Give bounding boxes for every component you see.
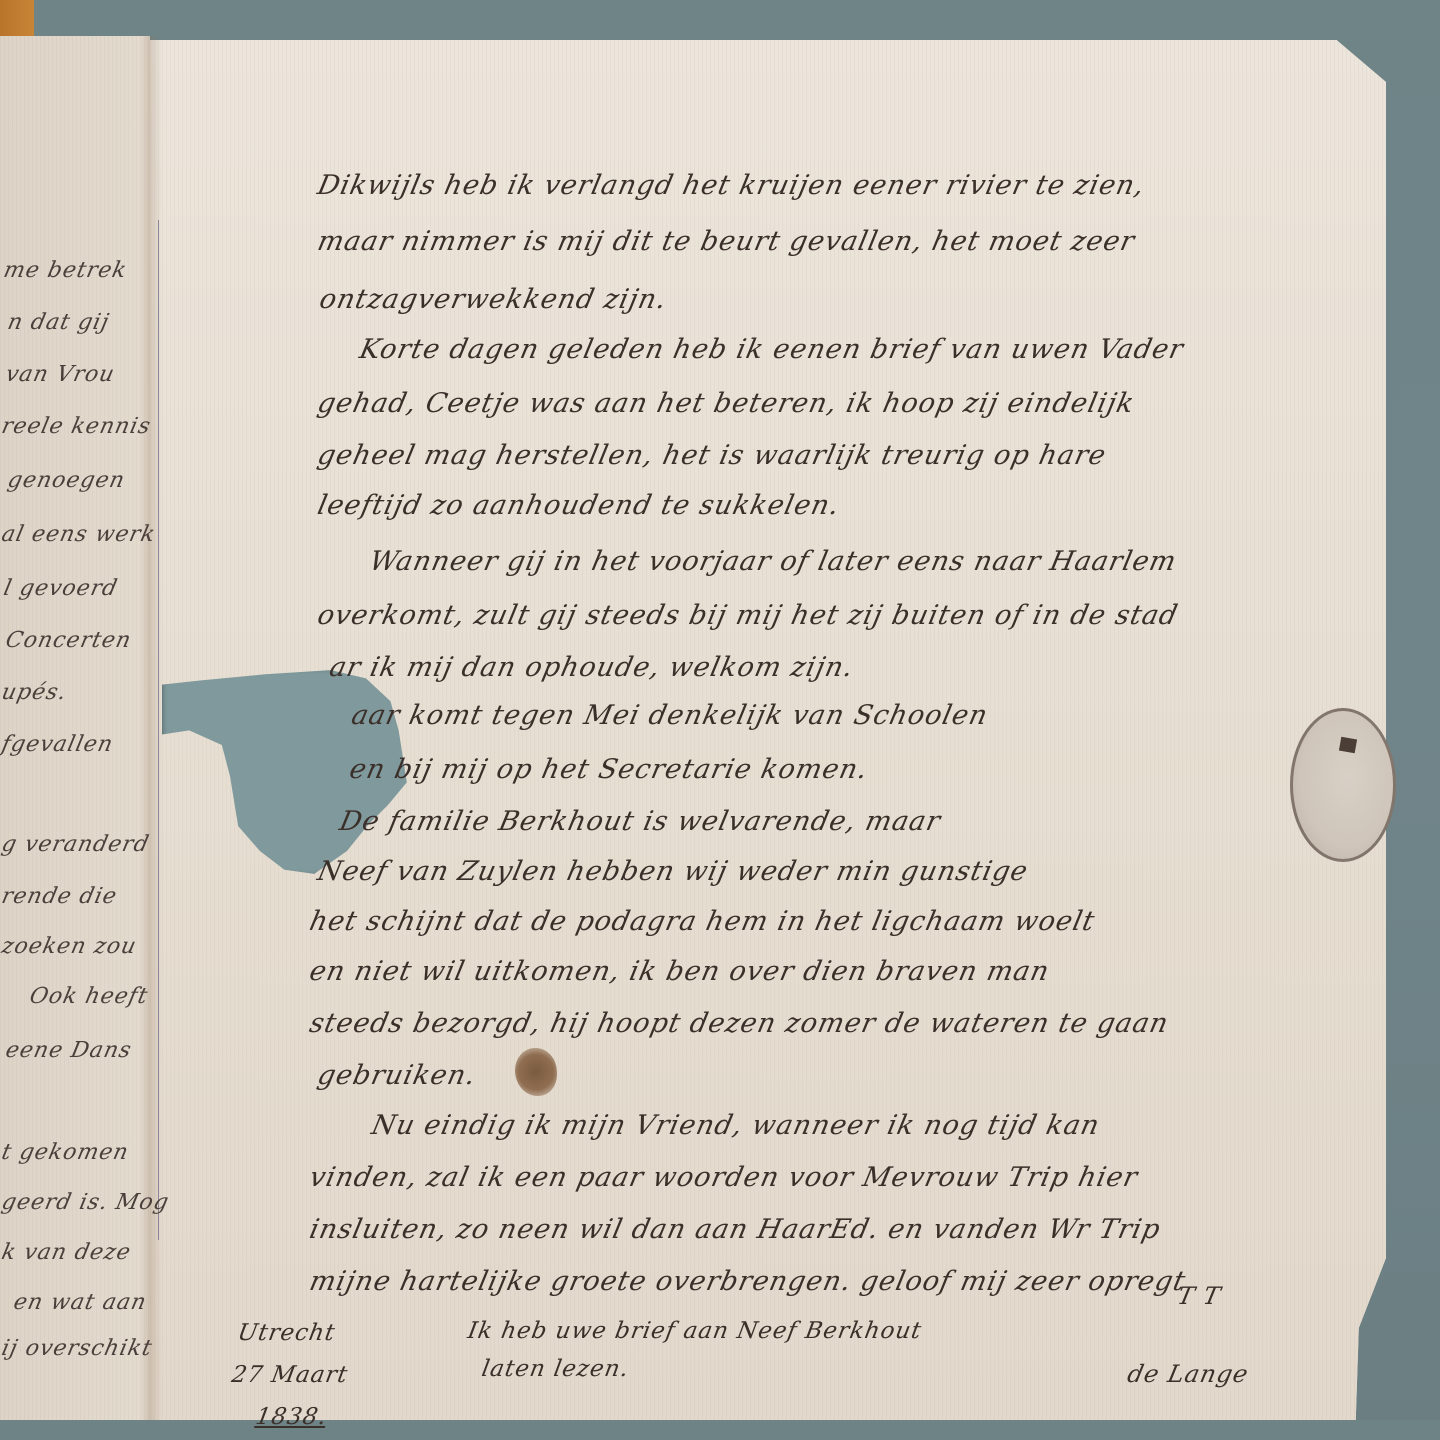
place-text: Utrecht xyxy=(236,1320,338,1346)
letter-line: vinden, zal ik een paar woorden voor Mev… xyxy=(307,1162,1141,1193)
letter-line: mijne hartelijke groete overbrengen. gel… xyxy=(307,1266,1189,1297)
signature-initials: T T xyxy=(1175,1282,1224,1310)
letter-line: overkomt, zult gij steeds bij mij het zi… xyxy=(315,600,1181,631)
letter-line: het schijnt dat de podagra hem in het li… xyxy=(307,906,1098,937)
wooden-table-corner xyxy=(0,0,34,36)
left-line: genoegen xyxy=(5,468,127,493)
postscript-line: laten lezen. xyxy=(480,1356,631,1382)
letter-line: maar nimmer is mij dit te beurt gevallen… xyxy=(315,226,1138,257)
ink-stain xyxy=(515,1048,557,1096)
left-line: geerd is. Mog xyxy=(0,1190,172,1215)
letter-line: De familie Berkhout is welvarende, maar xyxy=(337,806,944,837)
letter-line: Korte dagen geleden heb ik eenen brief v… xyxy=(357,334,1187,365)
left-line: fgevallen xyxy=(0,732,116,757)
left-line: upés. xyxy=(0,680,69,705)
letter-line: geheel mag herstellen, het is waarlijk t… xyxy=(315,440,1109,471)
left-line: me betrek xyxy=(1,258,129,283)
letter-line: Nu eindig ik mijn Vriend, wanneer ik nog… xyxy=(369,1110,1103,1141)
letter-line: leeftijd zo aanhoudend te sukkelen. xyxy=(315,490,843,521)
letter-line: en niet wil uitkomen, ik ben over dien b… xyxy=(307,956,1053,987)
letter-line: gehad, Ceetje was aan het beteren, ik ho… xyxy=(315,388,1138,419)
left-line: k van deze xyxy=(0,1240,133,1265)
margin-line xyxy=(158,220,159,1240)
left-line: Ook heeft xyxy=(27,984,150,1009)
year-text: 1838. xyxy=(254,1404,329,1430)
letter-line: steeds bezorgd, hij hoopt dezen zomer de… xyxy=(307,1008,1172,1039)
left-line: eene Dans xyxy=(3,1038,134,1063)
left-line: zoeken zou xyxy=(0,934,139,959)
letter-line: Wanneer gij in het voorjaar of later een… xyxy=(367,546,1180,577)
postscript-line: Ik heb uwe brief aan Neef Berkhout xyxy=(466,1318,924,1344)
letter-line: gebruiken. xyxy=(315,1060,479,1091)
left-line: reele kennis xyxy=(0,414,153,439)
letter-line: ontzagverwekkend zijn. xyxy=(317,284,670,315)
left-line: t gekomen xyxy=(0,1140,131,1165)
left-line: en wat aan xyxy=(11,1290,149,1315)
wax-seal-remnant xyxy=(1290,708,1396,862)
letter-line: insluiten, zo neen wil dan aan HaarEd. e… xyxy=(307,1214,1164,1245)
board-bottom-edge xyxy=(0,1420,1440,1440)
left-line: l gevoerd xyxy=(1,576,120,601)
letter-line: aar komt tegen Mei denkelijk van Schoole… xyxy=(349,700,991,731)
letter-line: en bij mij op het Secretarie komen. xyxy=(347,754,871,785)
left-line: Concerten xyxy=(3,628,133,653)
left-line: n dat gij xyxy=(5,310,111,335)
left-line: rende die xyxy=(0,884,120,909)
signature-name: de Lange xyxy=(1125,1360,1251,1388)
left-line: ij overschikt xyxy=(0,1336,155,1361)
date-text: 27 Maart xyxy=(230,1362,350,1388)
left-line: g veranderd xyxy=(0,832,152,857)
left-line: al eens werk xyxy=(0,522,158,547)
letter-line: Neef van Zuylen hebben wij weder min gun… xyxy=(315,856,1031,887)
letter-line: ar ik mij dan ophoude, welkom zijn. xyxy=(327,652,857,683)
letter-line: Dikwijls heb ik verlangd het kruijen een… xyxy=(315,170,1148,201)
seal-mark xyxy=(1339,737,1357,754)
left-line: van Vrou xyxy=(3,362,117,387)
